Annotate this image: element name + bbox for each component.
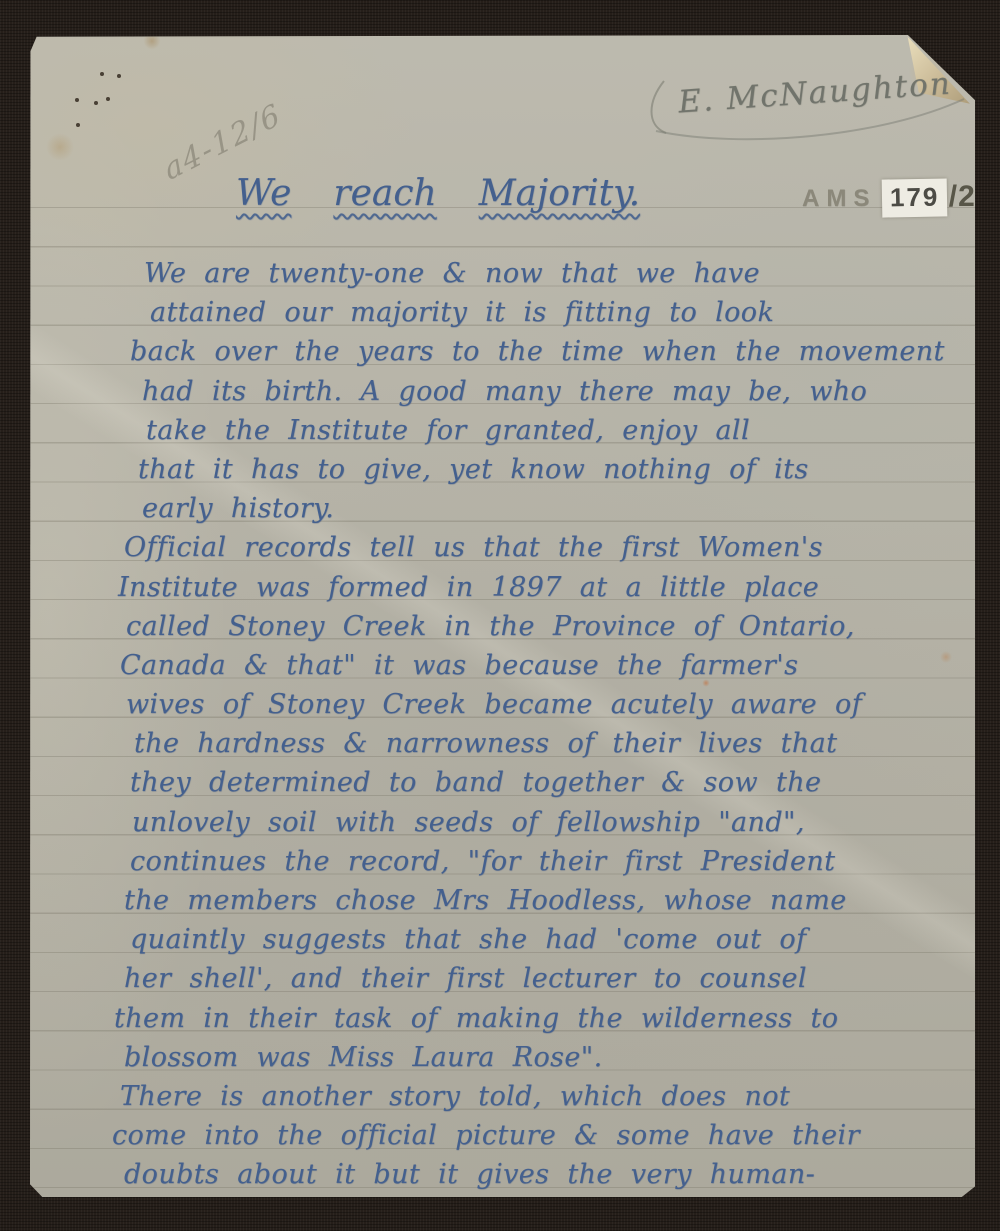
manuscript-line: called Stoney Creek in the Province of O…	[126, 607, 972, 646]
pinhole	[76, 123, 80, 127]
manuscript-line: quaintly suggests that she had 'come out…	[130, 920, 972, 959]
photographed-document-scene: a4-12/6 E. McNaughton AMS179/2 WereachMa…	[0, 0, 1000, 1231]
manuscript-line: take the Institute for granted, enjoy al…	[146, 411, 972, 450]
manuscript-line: Canada & that" it was because the farmer…	[120, 646, 972, 685]
manuscript-line: they determined to band together & sow t…	[130, 763, 972, 802]
manuscript-line: doubts about it but it gives the very hu…	[124, 1155, 972, 1194]
signature-text: E. McNaughton	[677, 65, 953, 120]
pinhole	[106, 97, 110, 101]
archival-prefix: AMS	[802, 185, 876, 212]
manuscript-line: back over the years to the time when the…	[130, 332, 972, 371]
manuscript-line: the hardness & narrowness of their lives…	[134, 724, 972, 763]
manuscript-line: that it has to give, yet know nothing of…	[138, 450, 972, 489]
archival-number-label: 179	[882, 178, 948, 217]
manuscript-body: We are twenty-one & now that we have att…	[112, 254, 972, 1195]
archival-suffix: /2	[949, 180, 976, 213]
page-title: WereachMajority.	[236, 173, 640, 214]
manuscript-paper: a4-12/6 E. McNaughton AMS179/2 WereachMa…	[30, 35, 975, 1197]
manuscript-line: continues the record, "for their first P…	[130, 842, 972, 881]
manuscript-line: her shell', and their first lecturer to …	[124, 959, 972, 998]
archival-reference: AMS179/2	[802, 179, 976, 217]
manuscript-line: the members chose Mrs Hoodless, whose na…	[124, 881, 972, 920]
manuscript-line: Institute was formed in 1897 at a little…	[118, 568, 972, 607]
manuscript-line: blossom was Miss Laura Rose".	[124, 1038, 972, 1077]
manuscript-line: Official records tell us that the first …	[124, 528, 972, 567]
pinhole	[75, 98, 79, 102]
manuscript-line: come into the official picture & some ha…	[112, 1116, 972, 1155]
pinhole	[100, 72, 104, 76]
pinhole	[94, 101, 98, 105]
manuscript-line: them in their task of making the wildern…	[114, 999, 972, 1038]
manuscript-line: There is another story told, which does …	[120, 1077, 972, 1116]
manuscript-line: attained our majority it is fitting to l…	[150, 293, 972, 332]
manuscript-line: early history.	[142, 489, 972, 528]
title-word: reach	[333, 173, 436, 214]
pinhole	[117, 74, 121, 78]
title-word: Majority.	[479, 173, 640, 214]
title-word: We	[236, 173, 291, 214]
manuscript-line: We are twenty-one & now that we have	[144, 254, 972, 293]
manuscript-line: unlovely soil with seeds of fellowship "…	[132, 803, 972, 842]
manuscript-line: had its birth. A good many there may be,…	[142, 372, 972, 411]
manuscript-line: wives of Stoney Creek became acutely awa…	[126, 685, 972, 724]
